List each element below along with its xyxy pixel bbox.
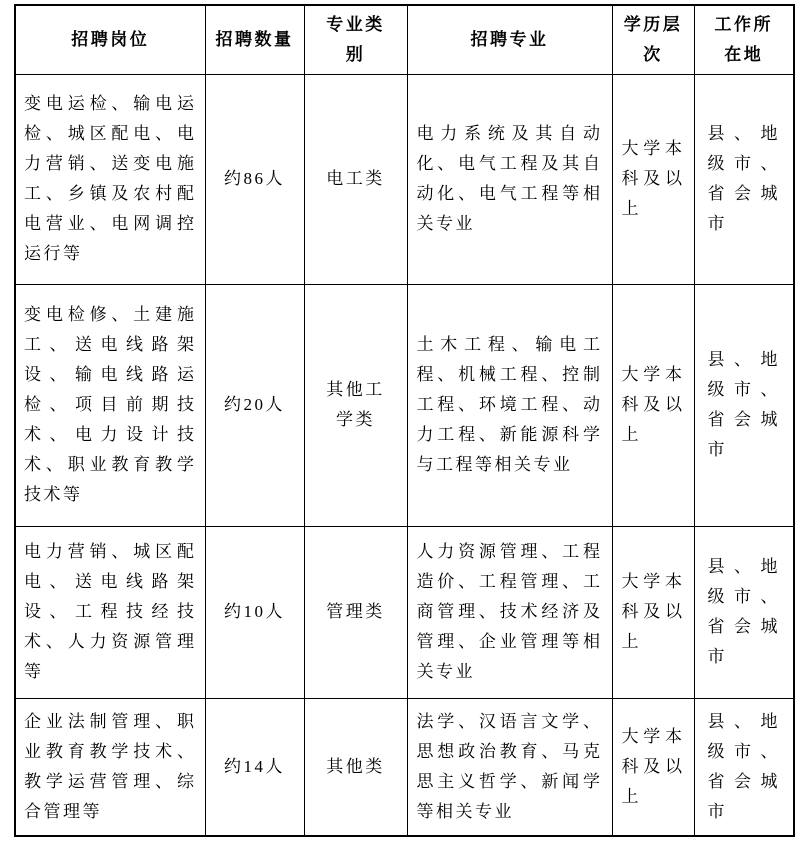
cell-majors: 人力资源管理、工程造价、工程管理、工商管理、技术经济及管理、企业管理等相关专业 (407, 526, 612, 698)
header-location: 工作所在地 (694, 5, 794, 74)
cell-education: 大学本科及以上 (612, 284, 694, 526)
header-category: 专业类别 (304, 5, 407, 74)
cell-education: 大学本科及以上 (612, 526, 694, 698)
header-majors: 招聘专业 (407, 5, 612, 74)
cell-positions: 变电检修、土建施工、送电线路架设、输电线路运检、项目前期技术、电力设计技术、职业… (15, 284, 205, 526)
cell-majors: 土木工程、输电工程、机械工程、控制工程、环境工程、动力工程、新能源科学与工程等相… (407, 284, 612, 526)
cell-count: 约20人 (205, 284, 304, 526)
cell-category: 管理类 (304, 526, 407, 698)
cell-location: 县、地级市、省会城市 (694, 284, 794, 526)
cell-count: 约10人 (205, 526, 304, 698)
recruitment-table-container: 招聘岗位 招聘数量 专业类别 招聘专业 学历层次 工作所在地 变电运检、输电运检… (14, 4, 795, 837)
header-education: 学历层次 (612, 5, 694, 74)
recruitment-table: 招聘岗位 招聘数量 专业类别 招聘专业 学历层次 工作所在地 变电运检、输电运检… (14, 4, 795, 837)
cell-location: 县、地级市、省会城市 (694, 74, 794, 284)
header-count: 招聘数量 (205, 5, 304, 74)
cell-majors: 电力系统及其自动化、电气工程及其自动化、电气工程等相关专业 (407, 74, 612, 284)
cell-location: 县、地级市、省会城市 (694, 698, 794, 836)
cell-positions: 企业法制管理、职业教育教学技术、教学运营管理、综合管理等 (15, 698, 205, 836)
header-row: 招聘岗位 招聘数量 专业类别 招聘专业 学历层次 工作所在地 (15, 5, 794, 74)
table-row: 电力营销、城区配电、送电线路架设、工程技经技术、人力资源管理等 约10人 管理类… (15, 526, 794, 698)
cell-location: 县、地级市、省会城市 (694, 526, 794, 698)
cell-category: 其他工学类 (304, 284, 407, 526)
cell-education: 大学本科及以上 (612, 74, 694, 284)
cell-category: 其他类 (304, 698, 407, 836)
cell-positions: 电力营销、城区配电、送电线路架设、工程技经技术、人力资源管理等 (15, 526, 205, 698)
cell-majors: 法学、汉语言文学、思想政治教育、马克思主义哲学、新闻学等相关专业 (407, 698, 612, 836)
table-row: 变电检修、土建施工、送电线路架设、输电线路运检、项目前期技术、电力设计技术、职业… (15, 284, 794, 526)
table-row: 企业法制管理、职业教育教学技术、教学运营管理、综合管理等 约14人 其他类 法学… (15, 698, 794, 836)
cell-education: 大学本科及以上 (612, 698, 694, 836)
header-positions: 招聘岗位 (15, 5, 205, 74)
cell-positions: 变电运检、输电运检、城区配电、电力营销、送变电施工、乡镇及农村配电营业、电网调控… (15, 74, 205, 284)
table-row: 变电运检、输电运检、城区配电、电力营销、送变电施工、乡镇及农村配电营业、电网调控… (15, 74, 794, 284)
cell-category: 电工类 (304, 74, 407, 284)
cell-count: 约14人 (205, 698, 304, 836)
cell-count: 约86人 (205, 74, 304, 284)
